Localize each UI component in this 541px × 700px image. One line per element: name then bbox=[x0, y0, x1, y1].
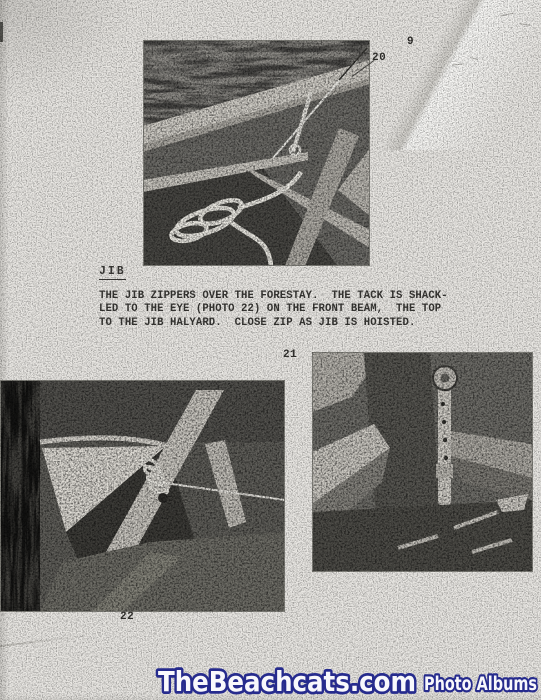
pencil-scuff bbox=[500, 13, 514, 17]
caption-line: THE JIB ZIPPERS OVER THE FORESTAY. THE T… bbox=[99, 290, 448, 303]
pencil-scuff bbox=[470, 57, 478, 60]
caption-line: TO THE JIB HALYARD. CLOSE ZIP AS JIB IS … bbox=[99, 317, 448, 330]
page-fold-top-right bbox=[351, 0, 541, 150]
photo-20-jib-tack-bow bbox=[143, 40, 370, 266]
pencil-scuff bbox=[452, 63, 464, 65]
halftone-grain bbox=[143, 40, 370, 266]
watermark-site-text: TheBeachcats.com bbox=[158, 665, 416, 698]
caption-line: LED TO THE EYE (PHOTO 22) ON THE FRONT B… bbox=[99, 303, 448, 316]
photo-label-20: 20 bbox=[372, 52, 386, 64]
pencil-scuff bbox=[520, 23, 530, 25]
halftone-grain bbox=[312, 352, 533, 572]
photo-22-front-beam-eye bbox=[0, 380, 285, 612]
watermark-tagline-text: Photo Albums bbox=[424, 674, 537, 695]
photo-label-21: 21 bbox=[283, 349, 297, 361]
site-watermark: TheBeachcats.com Photo Albums bbox=[0, 655, 541, 700]
halftone-grain bbox=[0, 380, 285, 612]
corner-shadow-top-left bbox=[0, 0, 150, 110]
crease-line-bottom-left bbox=[0, 634, 89, 647]
scanned-manual-page: 9 20 21 22 JIB THE JIB ZIPPERS OVER THE … bbox=[0, 0, 541, 700]
photo-21-halyard-fitting bbox=[312, 352, 533, 572]
page-number: 9 bbox=[407, 36, 414, 48]
section-heading-jib: JIB bbox=[99, 265, 126, 280]
scan-edge-mark bbox=[0, 22, 3, 42]
photo-label-22: 22 bbox=[120, 611, 134, 623]
caption-text: THE JIB ZIPPERS OVER THE FORESTAY. THE T… bbox=[99, 290, 448, 330]
